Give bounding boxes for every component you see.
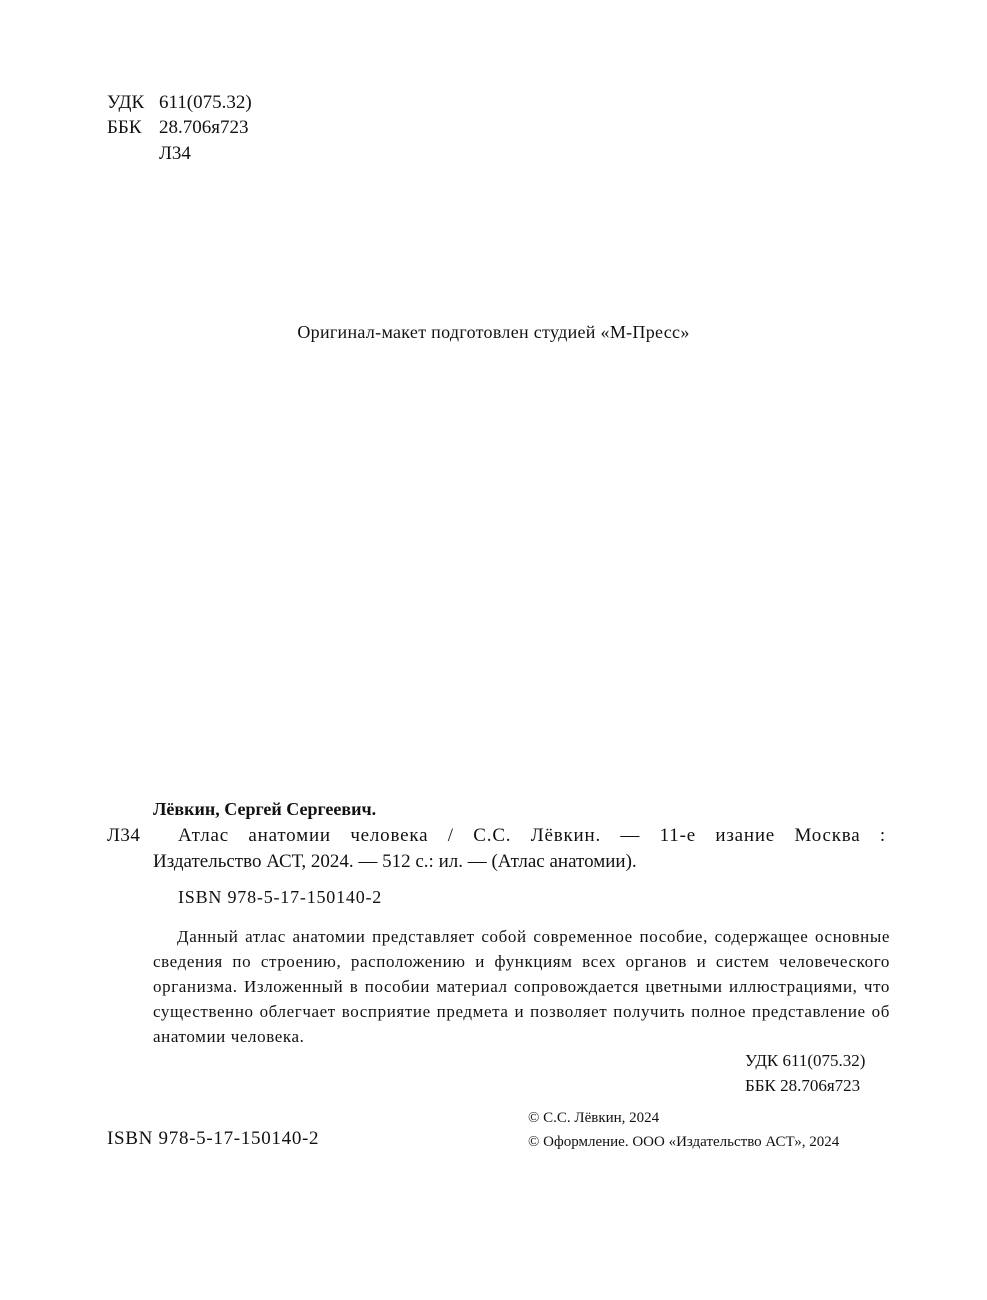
abstract-text: Данный атлас анатомии представляет собой… <box>153 924 890 1049</box>
isbn-footer: ISBN 978-5-17-150140-2 <box>107 1128 319 1150</box>
author-mark: Л34 <box>107 825 140 847</box>
bbk-label: ББК <box>107 116 159 140</box>
bbk-header: ББК28.706я723 <box>107 116 249 140</box>
bbk-value: 28.706я723 <box>159 117 249 138</box>
bbk-footer: ББК 28.706я723 <box>745 1073 860 1098</box>
udk-header: УДК611(075.32) <box>107 91 252 115</box>
author-name: Лёвкин, Сергей Сергеевич. <box>153 799 376 820</box>
abstract: Данный атлас анатомии представляет собой… <box>153 924 890 1049</box>
udk-value: 611(075.32) <box>159 92 252 113</box>
udk-label: УДК <box>107 91 159 115</box>
title-line-2: Издательство АСТ, 2024. — 512 с.: ил. — … <box>153 851 637 873</box>
layout-note: Оригинал-макет подготовлен студией «М-Пр… <box>0 322 987 343</box>
author-mark-header: Л34 <box>159 142 191 166</box>
copyright-author: © С.С. Лёвкин, 2024 <box>528 1110 659 1127</box>
title-line-1: Атлас анатомии человека / С.С. Лёвкин. —… <box>178 825 886 847</box>
isbn-record: ISBN 978-5-17-150140-2 <box>178 887 382 908</box>
udk-footer: УДК 611(075.32) <box>745 1048 865 1073</box>
copyright-design: © Оформление. ООО «Издательство АСТ», 20… <box>528 1134 839 1151</box>
